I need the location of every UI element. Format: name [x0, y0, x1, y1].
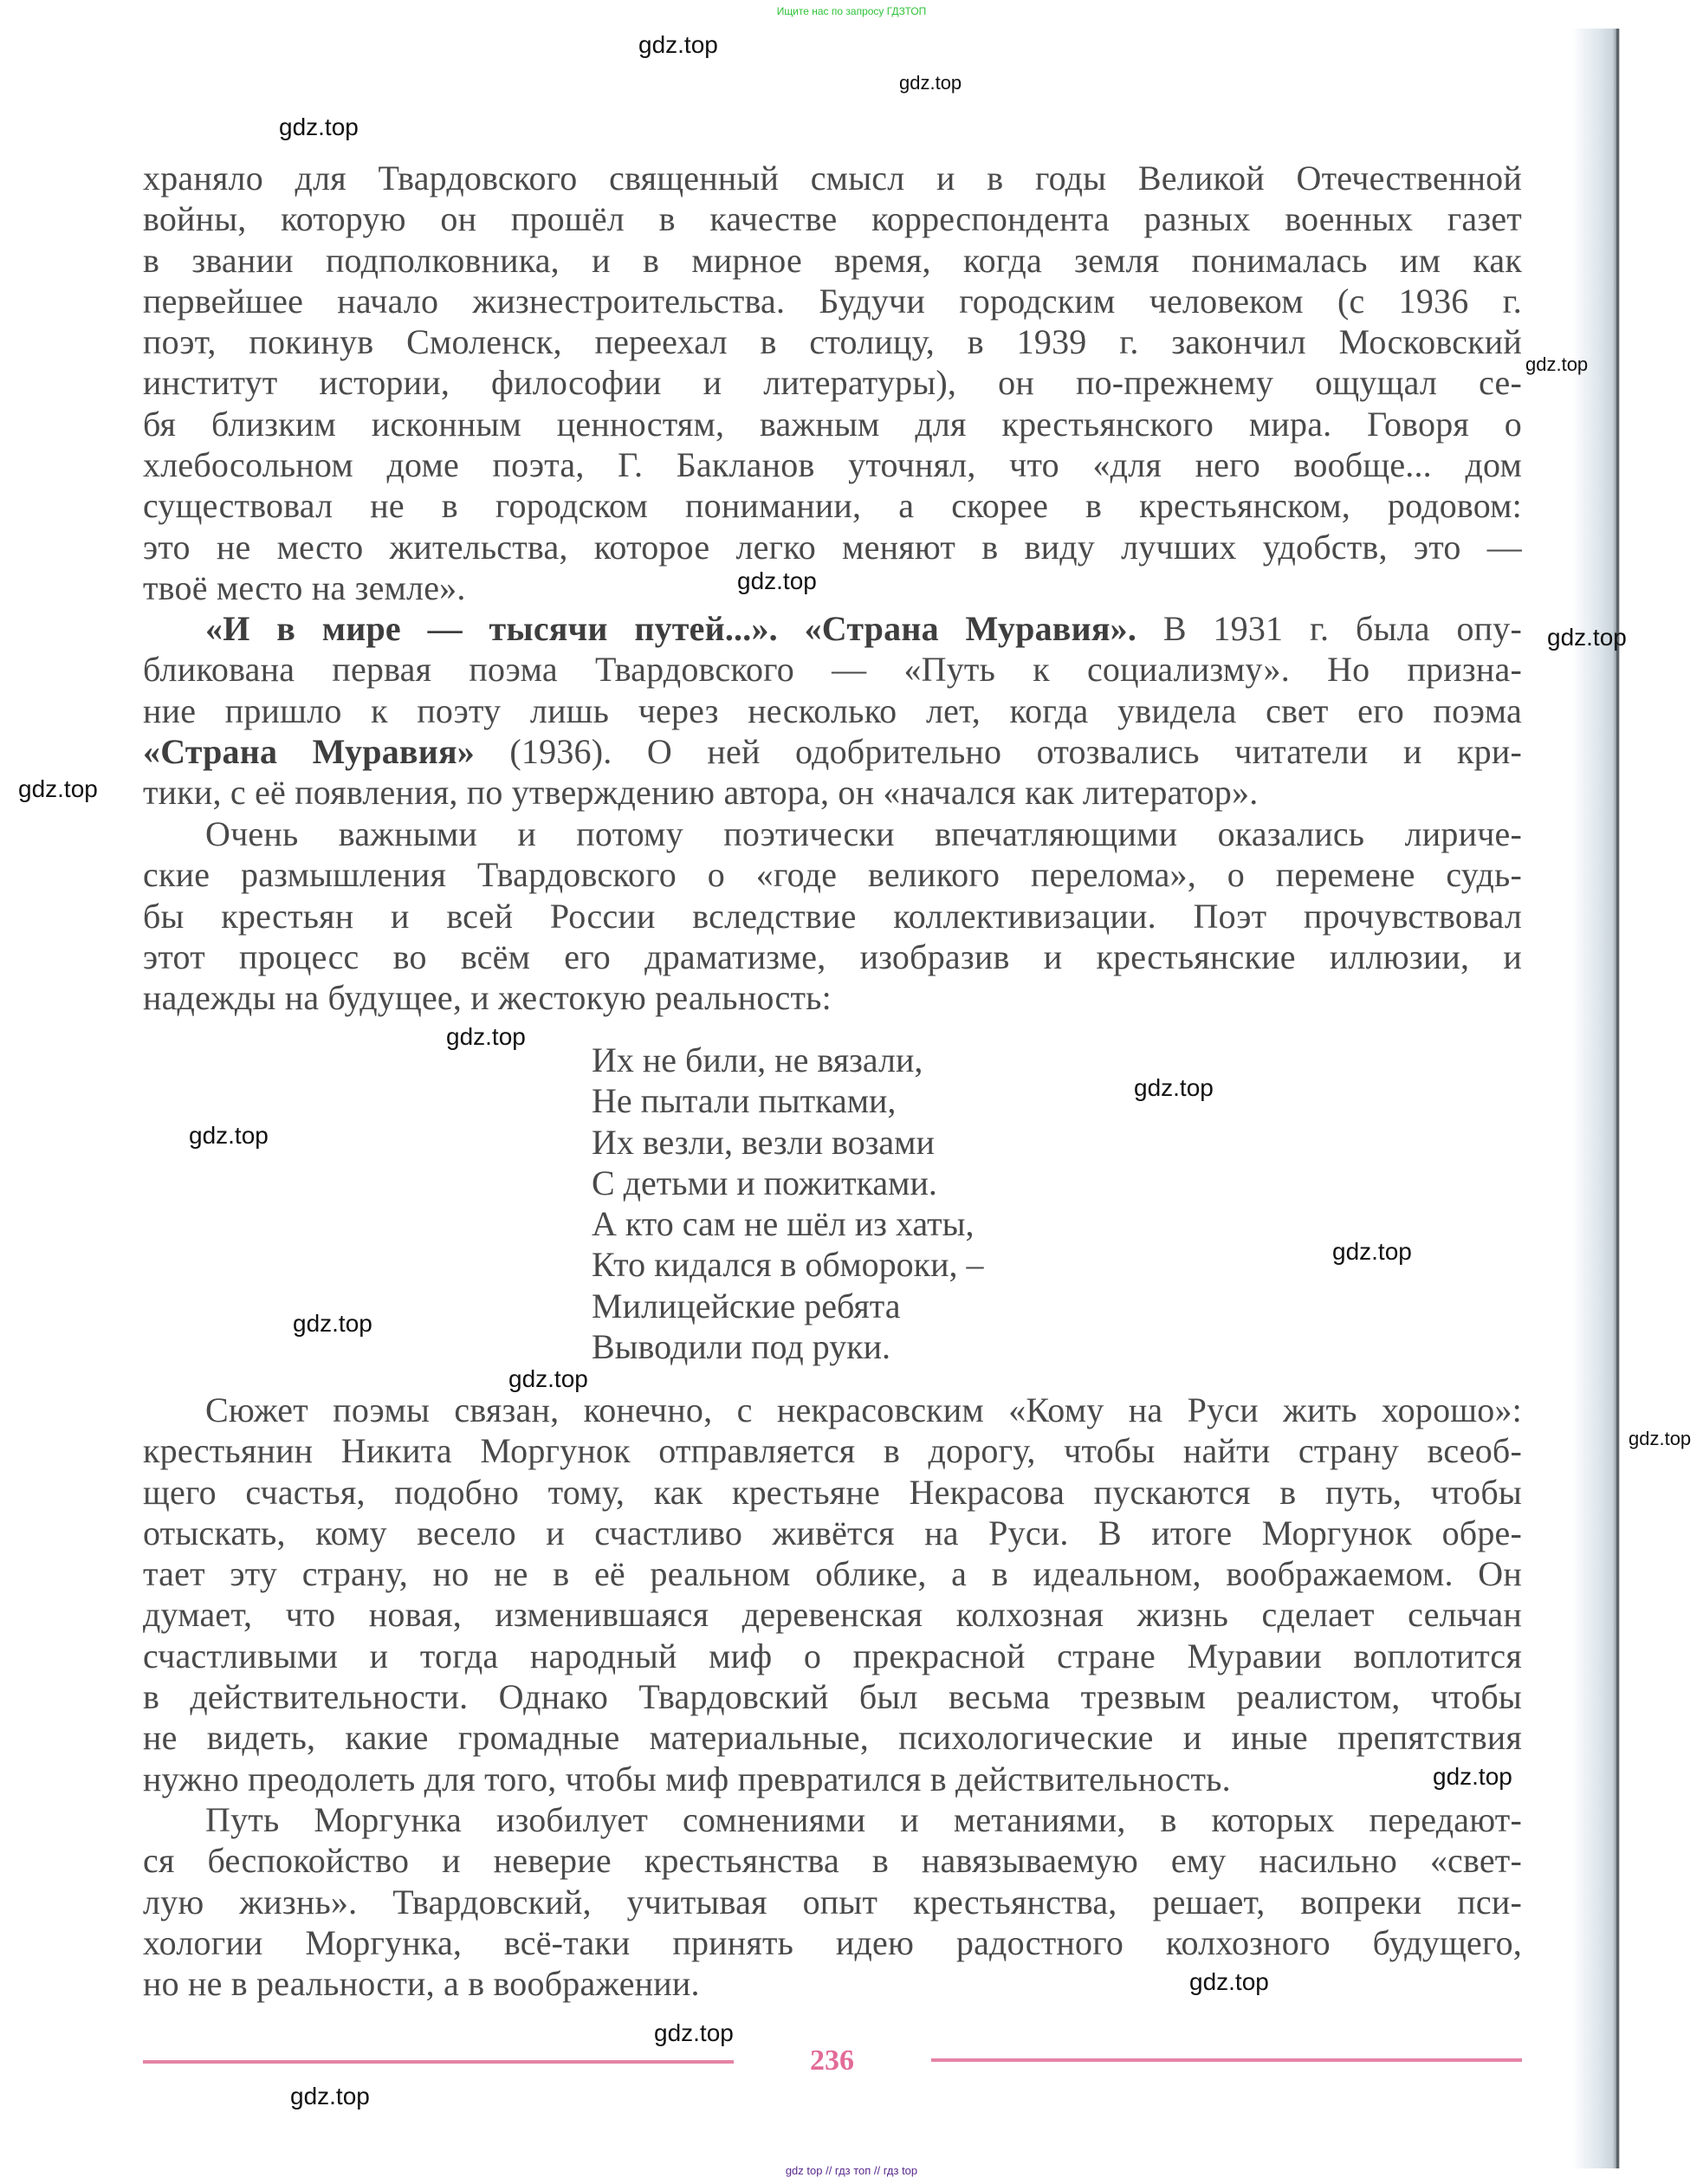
text-line: бя близким исконным ценностям, важным дл…: [143, 404, 1522, 444]
text-line: поэт, покинув Смоленск, переехал в столи…: [143, 321, 1522, 362]
footer-rule-left: [143, 2060, 734, 2064]
watermark: gdz.top: [293, 1312, 372, 1336]
text-line: храняло для Твардовского священный смысл…: [143, 158, 1522, 198]
text-line: но не в реальности, а в воображении.: [143, 1963, 1522, 2004]
watermark: gdz.top: [1629, 1429, 1691, 1448]
verse-line: Выводили под руки.: [592, 1326, 984, 1367]
text-line: бликована первая поэма Твардовского — «П…: [143, 649, 1522, 690]
paragraph-4: Сюжет поэмы связан, конечно, с некрасовс…: [143, 1390, 1522, 1799]
text-line: ние пришло к поэту лишь через несколько …: [143, 690, 1522, 731]
footer-rule-right: [931, 2058, 1522, 2062]
text-line: это не место жительства, которое легко м…: [143, 527, 1522, 567]
watermark: gdz.top: [290, 2084, 370, 2109]
text-line: твоё место на земле».: [143, 567, 1522, 608]
verse-line: Кто кидался в обмороки, –: [592, 1244, 984, 1285]
section-heading: «И в мире — тысячи путей...». «Страна Му…: [205, 609, 1136, 648]
text-line: ся беспокойство и неверие крестьянства в…: [143, 1840, 1522, 1881]
search-banner: Ищите нас по запросу ГДЗТОП: [0, 5, 1703, 17]
text-line: в звании подполковника, и в мирное время…: [143, 240, 1522, 281]
paragraph-5: Путь Моргунка изобилует сомнениями и мет…: [143, 1799, 1522, 2004]
watermark: gdz.top: [638, 33, 718, 57]
text-line: надежды на будущее, и жестокую реальност…: [143, 977, 1522, 1018]
text-line: нужно преодолеть для того, чтобы миф пре…: [143, 1759, 1522, 1799]
verse-line: Не пытали пытками,: [592, 1080, 984, 1121]
text-line: не видеть, какие громадные материальные,…: [143, 1717, 1522, 1758]
text-line: существовал не в городском понимании, а …: [143, 485, 1522, 526]
text-fragment: (1936). О ней одобрительно отозвались чи…: [475, 732, 1522, 771]
text-line: бы крестьян и всей России вследствие кол…: [143, 896, 1522, 936]
text-line: «Страна Муравия» (1936). О ней одобрител…: [143, 731, 1522, 772]
verse-line: А кто сам не шёл из хаты,: [592, 1203, 984, 1244]
paragraph-3: Очень важными и потому поэтически впечат…: [143, 813, 1522, 1018]
text-line: первейшее начало жизнестроительства. Буд…: [143, 281, 1522, 321]
watermark: gdz.top: [1134, 1076, 1214, 1100]
page-number: 236: [810, 2045, 854, 2077]
text-line: Очень важными и потому поэтически впечат…: [143, 813, 1522, 854]
paragraph-2: «И в мире — тысячи путей...». «Страна Му…: [143, 608, 1522, 813]
text-line: институт истории, философии и литературы…: [143, 362, 1522, 403]
text-line: крестьянин Никита Моргунок отправляется …: [143, 1430, 1522, 1471]
watermark: gdz.top: [279, 115, 359, 139]
poem-title: «Страна Муравия»: [143, 732, 475, 771]
watermark: gdz.top: [654, 2021, 734, 2045]
verse-line: Их везли, везли возами: [592, 1122, 984, 1163]
watermark: gdz.top: [446, 1025, 526, 1049]
text-line: думает, что новая, изменившаяся деревенс…: [143, 1594, 1522, 1635]
watermark: gdz.top: [1332, 1240, 1412, 1264]
watermark: gdz.top: [1525, 355, 1588, 374]
watermark: gdz.top: [189, 1124, 269, 1148]
text-line: тики, с её появления, по утверждению авт…: [143, 772, 1522, 813]
text-fragment: В 1931 г. была опу-: [1163, 609, 1522, 648]
text-line: хлебосольном доме поэта, Г. Бакланов уто…: [143, 444, 1522, 485]
text-line: тает эту страну, но не в её реальном обл…: [143, 1553, 1522, 1594]
watermark: gdz.top: [1189, 1970, 1269, 1994]
text-line: этот процесс во всём его драматизме, изо…: [143, 936, 1522, 977]
watermark: gdz.top: [737, 569, 817, 593]
text-line: хологии Моргунка, всё-таки принять идею …: [143, 1922, 1522, 1963]
watermark: gdz.top: [899, 74, 962, 93]
watermark: gdz.top: [1433, 1765, 1512, 1789]
watermark: gdz.top: [1547, 625, 1627, 650]
verse-quote: Их не били, не вязали, Не пытали пытками…: [592, 1040, 984, 1367]
text-line: Сюжет поэмы связан, конечно, с некрасовс…: [143, 1390, 1522, 1430]
text-line: Путь Моргунка изобилует сомнениями и мет…: [143, 1799, 1522, 1840]
text-line: «И в мире — тысячи путей...». «Страна Му…: [143, 608, 1522, 649]
text-line: ские размышления Твардовского о «годе ве…: [143, 854, 1522, 895]
page-edge-line: [1616, 29, 1619, 2168]
text-line: счастливыми и тогда народный миф о прекр…: [143, 1636, 1522, 1676]
text-line: в действительности. Однако Твардовский б…: [143, 1676, 1522, 1717]
text-line: войны, которую он прошёл в качестве корр…: [143, 198, 1522, 239]
footer-links: gdz top // гдз топ // гдз top: [0, 2164, 1703, 2177]
page-edge-shadow: [1572, 29, 1620, 2168]
watermark: gdz.top: [18, 777, 98, 801]
verse-line: С детьми и пожитками.: [592, 1163, 984, 1203]
text-line: отыскать, кому весело и счастливо живётс…: [143, 1513, 1522, 1553]
text-line: лую жизнь». Твардовский, учитывая опыт к…: [143, 1882, 1522, 1922]
watermark: gdz.top: [508, 1367, 588, 1391]
verse-line: Милицейские ребята: [592, 1286, 984, 1326]
paragraph-1: храняло для Твардовского священный смысл…: [143, 158, 1522, 608]
verse-line: Их не били, не вязали,: [592, 1040, 984, 1080]
text-line: щего счастья, подобно тому, как крестьян…: [143, 1472, 1522, 1513]
